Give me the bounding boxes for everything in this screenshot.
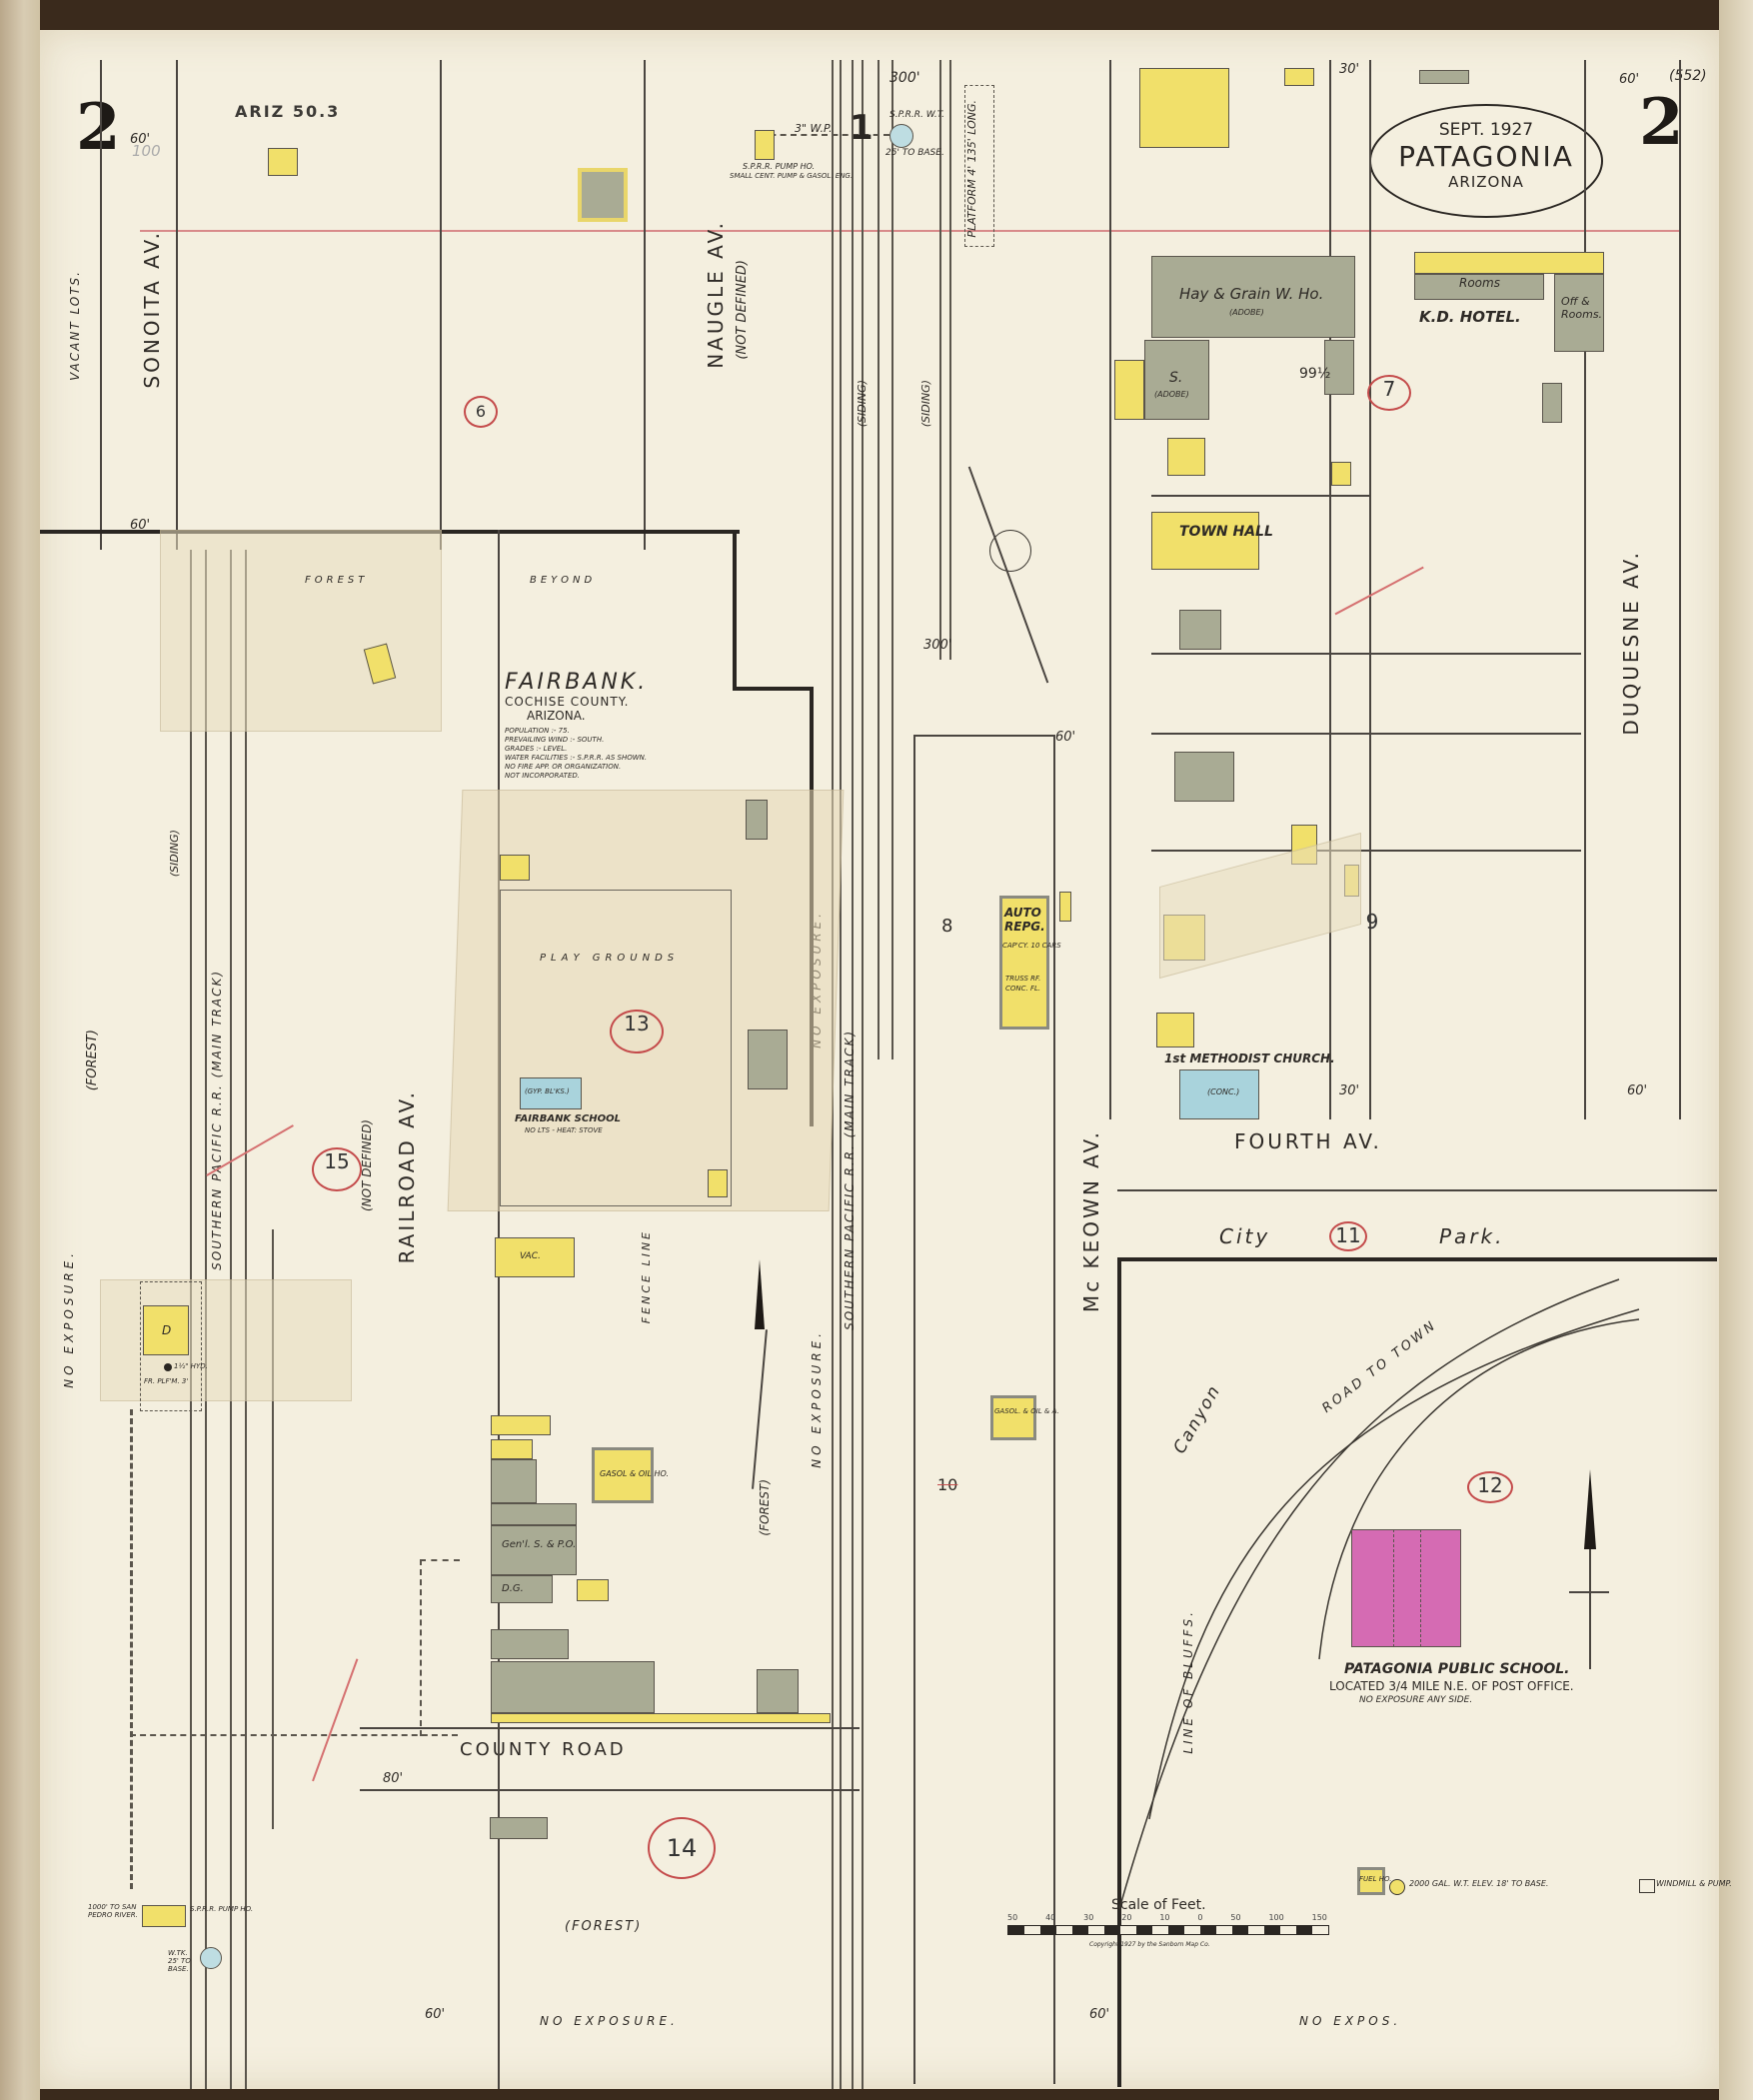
railroad-av-edge bbox=[498, 530, 500, 2089]
dg-label: D.G. bbox=[502, 1583, 524, 1594]
vac-label: VAC. bbox=[520, 1251, 541, 1261]
dwelling-adobe bbox=[1174, 752, 1234, 802]
lot-99-half: 99½ bbox=[1299, 366, 1330, 382]
county-road-label: COUNTY ROAD bbox=[460, 1739, 627, 1760]
building-adobe bbox=[1419, 70, 1469, 84]
gasol-oil-label: GASOL. & OIL & A. bbox=[994, 1407, 1059, 1415]
building-adobe bbox=[578, 168, 628, 222]
no-exposure-label: NO EXPOSURE. bbox=[540, 2014, 679, 2028]
duquesne-edge bbox=[1369, 60, 1371, 1119]
sprr-wt-label: S.P.R.R. W.T. bbox=[889, 110, 944, 120]
dwelling-adobe bbox=[746, 800, 768, 840]
scale-tick: 100 bbox=[1268, 1913, 1283, 1922]
rail-track bbox=[862, 60, 864, 2089]
water-closet bbox=[708, 1169, 728, 1197]
dwelling-adobe bbox=[1179, 610, 1221, 650]
copyright: Copyright 1927 by the Sanborn Map Co. bbox=[1089, 1941, 1210, 1948]
hay-grain-label: Hay & Grain W. Ho. bbox=[1179, 285, 1323, 303]
forest-beyond-label: FOREST bbox=[305, 575, 368, 586]
school-water-tank-label: 2000 GAL. W.T. ELEV. 18' TO BASE. bbox=[1409, 1879, 1548, 1888]
forest-label: (FOREST) bbox=[758, 1479, 772, 1536]
dwelling bbox=[1167, 438, 1205, 476]
block-8-label: 8 bbox=[941, 916, 952, 937]
dimension-60: 60' bbox=[1627, 1083, 1647, 1098]
hotel-office-label: Off & Rooms. bbox=[1561, 295, 1601, 321]
building-frame bbox=[1139, 68, 1229, 148]
fairbank-title: FAIRBANK. bbox=[505, 670, 648, 695]
fairbank-inset-title: FAIRBANK. COCHISE COUNTY. ARIZONA. POPUL… bbox=[505, 670, 648, 781]
hotel-rooms-label: Rooms bbox=[1459, 276, 1500, 290]
note-population: POPULATION :- 75. bbox=[505, 727, 648, 736]
north-arrow-shaft bbox=[1589, 1549, 1591, 1669]
street-edge bbox=[913, 735, 915, 2084]
dwelling bbox=[500, 855, 530, 881]
auto-garage bbox=[1331, 462, 1351, 486]
siding-label: (SIDING) bbox=[856, 380, 869, 427]
dwelling-adobe bbox=[491, 1459, 537, 1503]
sprr-pump-south-label: S.P.R.R. PUMP HO. bbox=[190, 1905, 253, 1913]
map-sheet: 2 2 (552) ARIZ 50.3 100 SEPT. 1927 PATAG… bbox=[40, 30, 1719, 2089]
building-frame bbox=[1284, 68, 1314, 86]
block-11-marker: 11 bbox=[1329, 1221, 1367, 1251]
fairbank-school-construction: (GYP. BL'KS.) bbox=[525, 1087, 570, 1095]
fairbank-county: COCHISE COUNTY. bbox=[505, 695, 648, 709]
rail-track bbox=[840, 60, 842, 2089]
vacant-lots-label: VACANT LOTS. bbox=[68, 270, 82, 381]
duquesne-av-label: DUQUESNE AV. bbox=[1619, 550, 1643, 736]
no-exposure-label: NO EXPOSURE. bbox=[810, 1329, 824, 1468]
kd-hotel-label: K.D. HOTEL. bbox=[1419, 308, 1521, 326]
sheet-number-left: 2 bbox=[76, 90, 121, 165]
fairbank-school-note: NO LTS - HEAT: STOVE bbox=[525, 1126, 603, 1134]
water-pipe-horizontal bbox=[130, 1734, 458, 1736]
sprr-pump-house bbox=[755, 130, 775, 160]
auto-garage bbox=[577, 1579, 609, 1601]
state-name: ARIZONA bbox=[1371, 173, 1601, 191]
boundary-line bbox=[1679, 60, 1681, 1119]
fairbank-notes: POPULATION :- 75. PREVAILING WIND :- SOU… bbox=[505, 727, 648, 781]
street-edge bbox=[176, 60, 178, 550]
dimension-60: 60' bbox=[425, 2007, 445, 2022]
alley-line bbox=[1329, 60, 1331, 1119]
duquesne-east-edge bbox=[1584, 60, 1586, 1119]
lot-line bbox=[1151, 850, 1581, 852]
park-edge bbox=[1117, 1189, 1717, 1191]
fourth-av-label: FOURTH AV. bbox=[1234, 1129, 1382, 1153]
town-hall bbox=[1151, 512, 1259, 570]
auto-repg-floor: CONC. FL. bbox=[1005, 985, 1040, 993]
water-tank-icon bbox=[889, 124, 913, 148]
store-sub: (ADOBE) bbox=[1154, 390, 1189, 399]
street-edge bbox=[440, 60, 442, 550]
gasoline-oil-shed bbox=[1059, 892, 1071, 922]
block-14-marker: 14 bbox=[648, 1817, 716, 1879]
no-exposure-label: NO EXPOSURE. bbox=[62, 1249, 76, 1388]
school-exposure: NO EXPOSURE ANY SIDE. bbox=[1359, 1695, 1472, 1705]
water-pipe-vertical bbox=[130, 1409, 133, 1889]
scale-tick: 30 bbox=[1083, 1913, 1093, 1922]
siding-label: (SIDING) bbox=[168, 830, 181, 877]
scale-tick: 150 bbox=[1312, 1913, 1327, 1922]
sprr-pump-south-note: 1000' TO SAN PEDRO RIVER. bbox=[88, 1903, 140, 1919]
block-1-label: 1 bbox=[850, 108, 874, 148]
shed-row bbox=[491, 1713, 831, 1723]
page-edge bbox=[1719, 0, 1753, 2100]
block-15-marker: 15 bbox=[312, 1147, 362, 1191]
dwelling-adobe bbox=[491, 1629, 569, 1659]
depot-label: D bbox=[162, 1323, 171, 1337]
sheet-boundary bbox=[733, 687, 813, 691]
red-annotation-arrow bbox=[312, 1658, 358, 1781]
north-arrow-crossbar bbox=[1569, 1591, 1609, 1593]
block-12-marker: 12 bbox=[1467, 1471, 1513, 1503]
general-store-post-office bbox=[491, 1525, 577, 1575]
main-track-left-label: SOUTHERN PACIFIC R.R. (MAIN TRACK) bbox=[210, 970, 224, 1270]
methodist-church-label: 1st METHODIST CHURCH. bbox=[1164, 1051, 1335, 1065]
note-wind: PREVAILING WIND :- SOUTH. bbox=[505, 736, 648, 745]
garage bbox=[1156, 1013, 1194, 1048]
siding-label: (SIDING) bbox=[919, 380, 932, 427]
railroad-note: (NOT DEFINED) bbox=[360, 1119, 374, 1211]
scale-tick: 10 bbox=[1159, 1913, 1169, 1922]
town-name: PATAGONIA bbox=[1371, 140, 1601, 173]
dimension-30: 30' bbox=[1339, 62, 1359, 77]
water-pipe-branch bbox=[420, 1559, 460, 1736]
dimension-60: 60' bbox=[130, 132, 150, 147]
hydrant-icon bbox=[164, 1363, 172, 1371]
map-date: SEPT. 1927 bbox=[1371, 120, 1601, 140]
lot-line bbox=[1151, 653, 1581, 655]
water-tank-icon bbox=[1389, 1879, 1405, 1895]
gasol-oil-house-label: GASOL & OIL HO. bbox=[600, 1469, 669, 1478]
hydrant-label: 1½" HYD. bbox=[174, 1362, 208, 1370]
forest-label: (FOREST) bbox=[565, 1919, 642, 1934]
wt-south-label: W.TK. 25' TO BASE. bbox=[168, 1949, 198, 1973]
naugle-av-label: NAUGLE AV. bbox=[704, 220, 728, 369]
note-grades: GRADES :- LEVEL. bbox=[505, 745, 648, 754]
gen-store-label: Gen'l. S. & P.O. bbox=[502, 1539, 576, 1550]
dimension-80: 80' bbox=[383, 1771, 403, 1786]
north-arrow-icon bbox=[755, 1259, 765, 1329]
boundary-line bbox=[100, 60, 102, 550]
dimension-300: 300' bbox=[923, 638, 951, 653]
scale-tick: 50 bbox=[1230, 1913, 1240, 1922]
dimension-60: 60' bbox=[130, 518, 150, 533]
forest-label: (FOREST) bbox=[85, 1030, 100, 1090]
sprr-pump-house-south bbox=[142, 1905, 186, 1927]
rail-track bbox=[891, 60, 893, 1059]
block-10-label: 10 bbox=[937, 1475, 957, 1494]
note-incorporated: NOT INCORPORATED. bbox=[505, 772, 648, 781]
scale-bar bbox=[1007, 1925, 1329, 1935]
scale-title: Scale of Feet. bbox=[1111, 1897, 1206, 1913]
windmill-label: WINDMILL & PUMP. bbox=[1656, 1879, 1732, 1888]
lot-line bbox=[1151, 733, 1581, 735]
forest-beyond-label-2: BEYOND bbox=[530, 575, 596, 586]
park-label: Park. bbox=[1439, 1224, 1504, 1248]
school-corridor bbox=[1393, 1529, 1421, 1647]
fairbank-school-label: FAIRBANK SCHOOL bbox=[515, 1113, 621, 1124]
playgrounds-label: PLAY GROUNDS bbox=[540, 953, 679, 964]
depot-platform-label: FR. PLF'M. 3' bbox=[144, 1377, 188, 1385]
compass-needle bbox=[968, 467, 1049, 684]
building-adobe bbox=[1542, 383, 1562, 423]
lot-line bbox=[1151, 495, 1371, 497]
depot-paste bbox=[100, 1279, 352, 1401]
scale-tick: 0 bbox=[1197, 1913, 1202, 1922]
sheet-number-right: 2 bbox=[1639, 85, 1684, 160]
sonoita-av-label: SONOITA AV. bbox=[140, 230, 164, 389]
sheet-index: (552) bbox=[1669, 68, 1707, 84]
windmill-icon bbox=[1639, 1879, 1655, 1893]
dimension-300: 300' bbox=[889, 70, 920, 86]
dimension-30: 30' bbox=[1339, 1083, 1359, 1098]
book-binding bbox=[0, 0, 40, 2100]
line-of-bluffs-label: LINE OF BLUFFS. bbox=[1181, 1609, 1195, 1754]
water-pipe-label: 3" W.P. bbox=[795, 122, 833, 135]
north-arrow-icon bbox=[1584, 1469, 1596, 1549]
block-7-marker: 7 bbox=[1367, 375, 1411, 411]
title-cartouche: SEPT. 1927 PATAGONIA ARIZONA bbox=[1369, 104, 1603, 218]
county-road-edge bbox=[360, 1789, 860, 1791]
scale-tick: 50 bbox=[1007, 1913, 1017, 1922]
building-small bbox=[268, 148, 298, 176]
building-frame bbox=[1114, 360, 1144, 420]
scale-tick: 20 bbox=[1121, 1913, 1131, 1922]
auto-repg-roof: TRUSS RF. bbox=[1005, 975, 1040, 983]
scale-ticks: 50 40 30 20 10 0 50 100 150 bbox=[1007, 1913, 1327, 1922]
inset-paste bbox=[160, 530, 442, 732]
block-9-marker: 9 bbox=[1359, 910, 1385, 934]
note-fire: NO FIRE APP. OR ORGANIZATION. bbox=[505, 763, 648, 772]
block-13-marker: 13 bbox=[610, 1010, 664, 1053]
building-frame bbox=[1414, 252, 1604, 274]
fairbank-state: ARIZONA. bbox=[505, 709, 648, 723]
rail-track bbox=[877, 60, 879, 1059]
town-hall-label: TOWN HALL bbox=[1179, 524, 1273, 540]
block-6-marker: 6 bbox=[464, 396, 498, 428]
naugle-note: (NOT DEFINED) bbox=[735, 260, 750, 360]
red-annotation-arrow bbox=[1335, 567, 1424, 615]
railroad-av-label: RAILROAD AV. bbox=[395, 1089, 419, 1263]
school-location: LOCATED 3/4 MILE N.E. OF POST OFFICE. bbox=[1329, 1679, 1574, 1693]
sprr-pump-label: S.P.R.R. PUMP HO. bbox=[743, 162, 815, 171]
volume-stamp: ARIZ 50.3 bbox=[235, 102, 340, 121]
dwelling-adobe bbox=[748, 1030, 788, 1089]
dwelling-adobe bbox=[491, 1503, 577, 1525]
auto-repg-cap: CAP'CY. 10 CARS bbox=[1002, 942, 1061, 950]
hay-grain-sub: (ADOBE) bbox=[1229, 308, 1264, 317]
sprr-pump-note: SMALL CENT. PUMP & GASOL. ENG. bbox=[730, 172, 853, 180]
street-edge bbox=[644, 60, 646, 550]
north-arrow-shaft bbox=[752, 1329, 768, 1489]
mckeown-av-label: Mc KEOWN AV. bbox=[1079, 1129, 1103, 1312]
note-water: WATER FACILITIES :- S.P.R.R. AS SHOWN. bbox=[505, 754, 648, 763]
dwelling-adobe bbox=[757, 1669, 799, 1713]
mckeown-west-edge bbox=[1109, 60, 1111, 1119]
dwelling-adobe-double bbox=[491, 1661, 655, 1713]
scale-tick: 40 bbox=[1045, 1913, 1055, 1922]
store-label: S. bbox=[1169, 370, 1182, 386]
dwelling bbox=[491, 1439, 533, 1459]
dimension-60: 60' bbox=[1619, 72, 1639, 87]
sheet-boundary bbox=[733, 530, 737, 690]
vacant-adobe bbox=[490, 1817, 548, 1839]
sprr-wt-note: 25' TO BASE. bbox=[885, 148, 944, 158]
playgrounds-area bbox=[500, 890, 732, 1206]
platform-label: PLATFORM 4' 135' LONG. bbox=[965, 100, 978, 238]
city-label: City bbox=[1219, 1224, 1270, 1248]
fuel-house-label: FUEL HO. bbox=[1359, 1875, 1391, 1883]
rail-track bbox=[949, 60, 951, 660]
water-tank-icon bbox=[200, 1947, 222, 1969]
fence-line-label: FENCE LINE bbox=[640, 1229, 653, 1323]
red-reference-line bbox=[140, 230, 1679, 232]
dwelling bbox=[491, 1415, 551, 1435]
main-track-label: SOUTHERN PACIFIC R.R. (MAIN TRACK) bbox=[843, 1030, 857, 1330]
auto-repg-label: AUTO REPG. bbox=[1004, 906, 1044, 934]
dimension-60: 60' bbox=[1055, 730, 1075, 745]
school-label: PATAGONIA PUBLIC SCHOOL. bbox=[1344, 1661, 1570, 1677]
lot-line bbox=[913, 735, 1053, 737]
methodist-sub: (CONC.) bbox=[1207, 1087, 1239, 1096]
dimension-60: 60' bbox=[1089, 2007, 1109, 2022]
gasoline-oil-auto bbox=[990, 1395, 1036, 1440]
